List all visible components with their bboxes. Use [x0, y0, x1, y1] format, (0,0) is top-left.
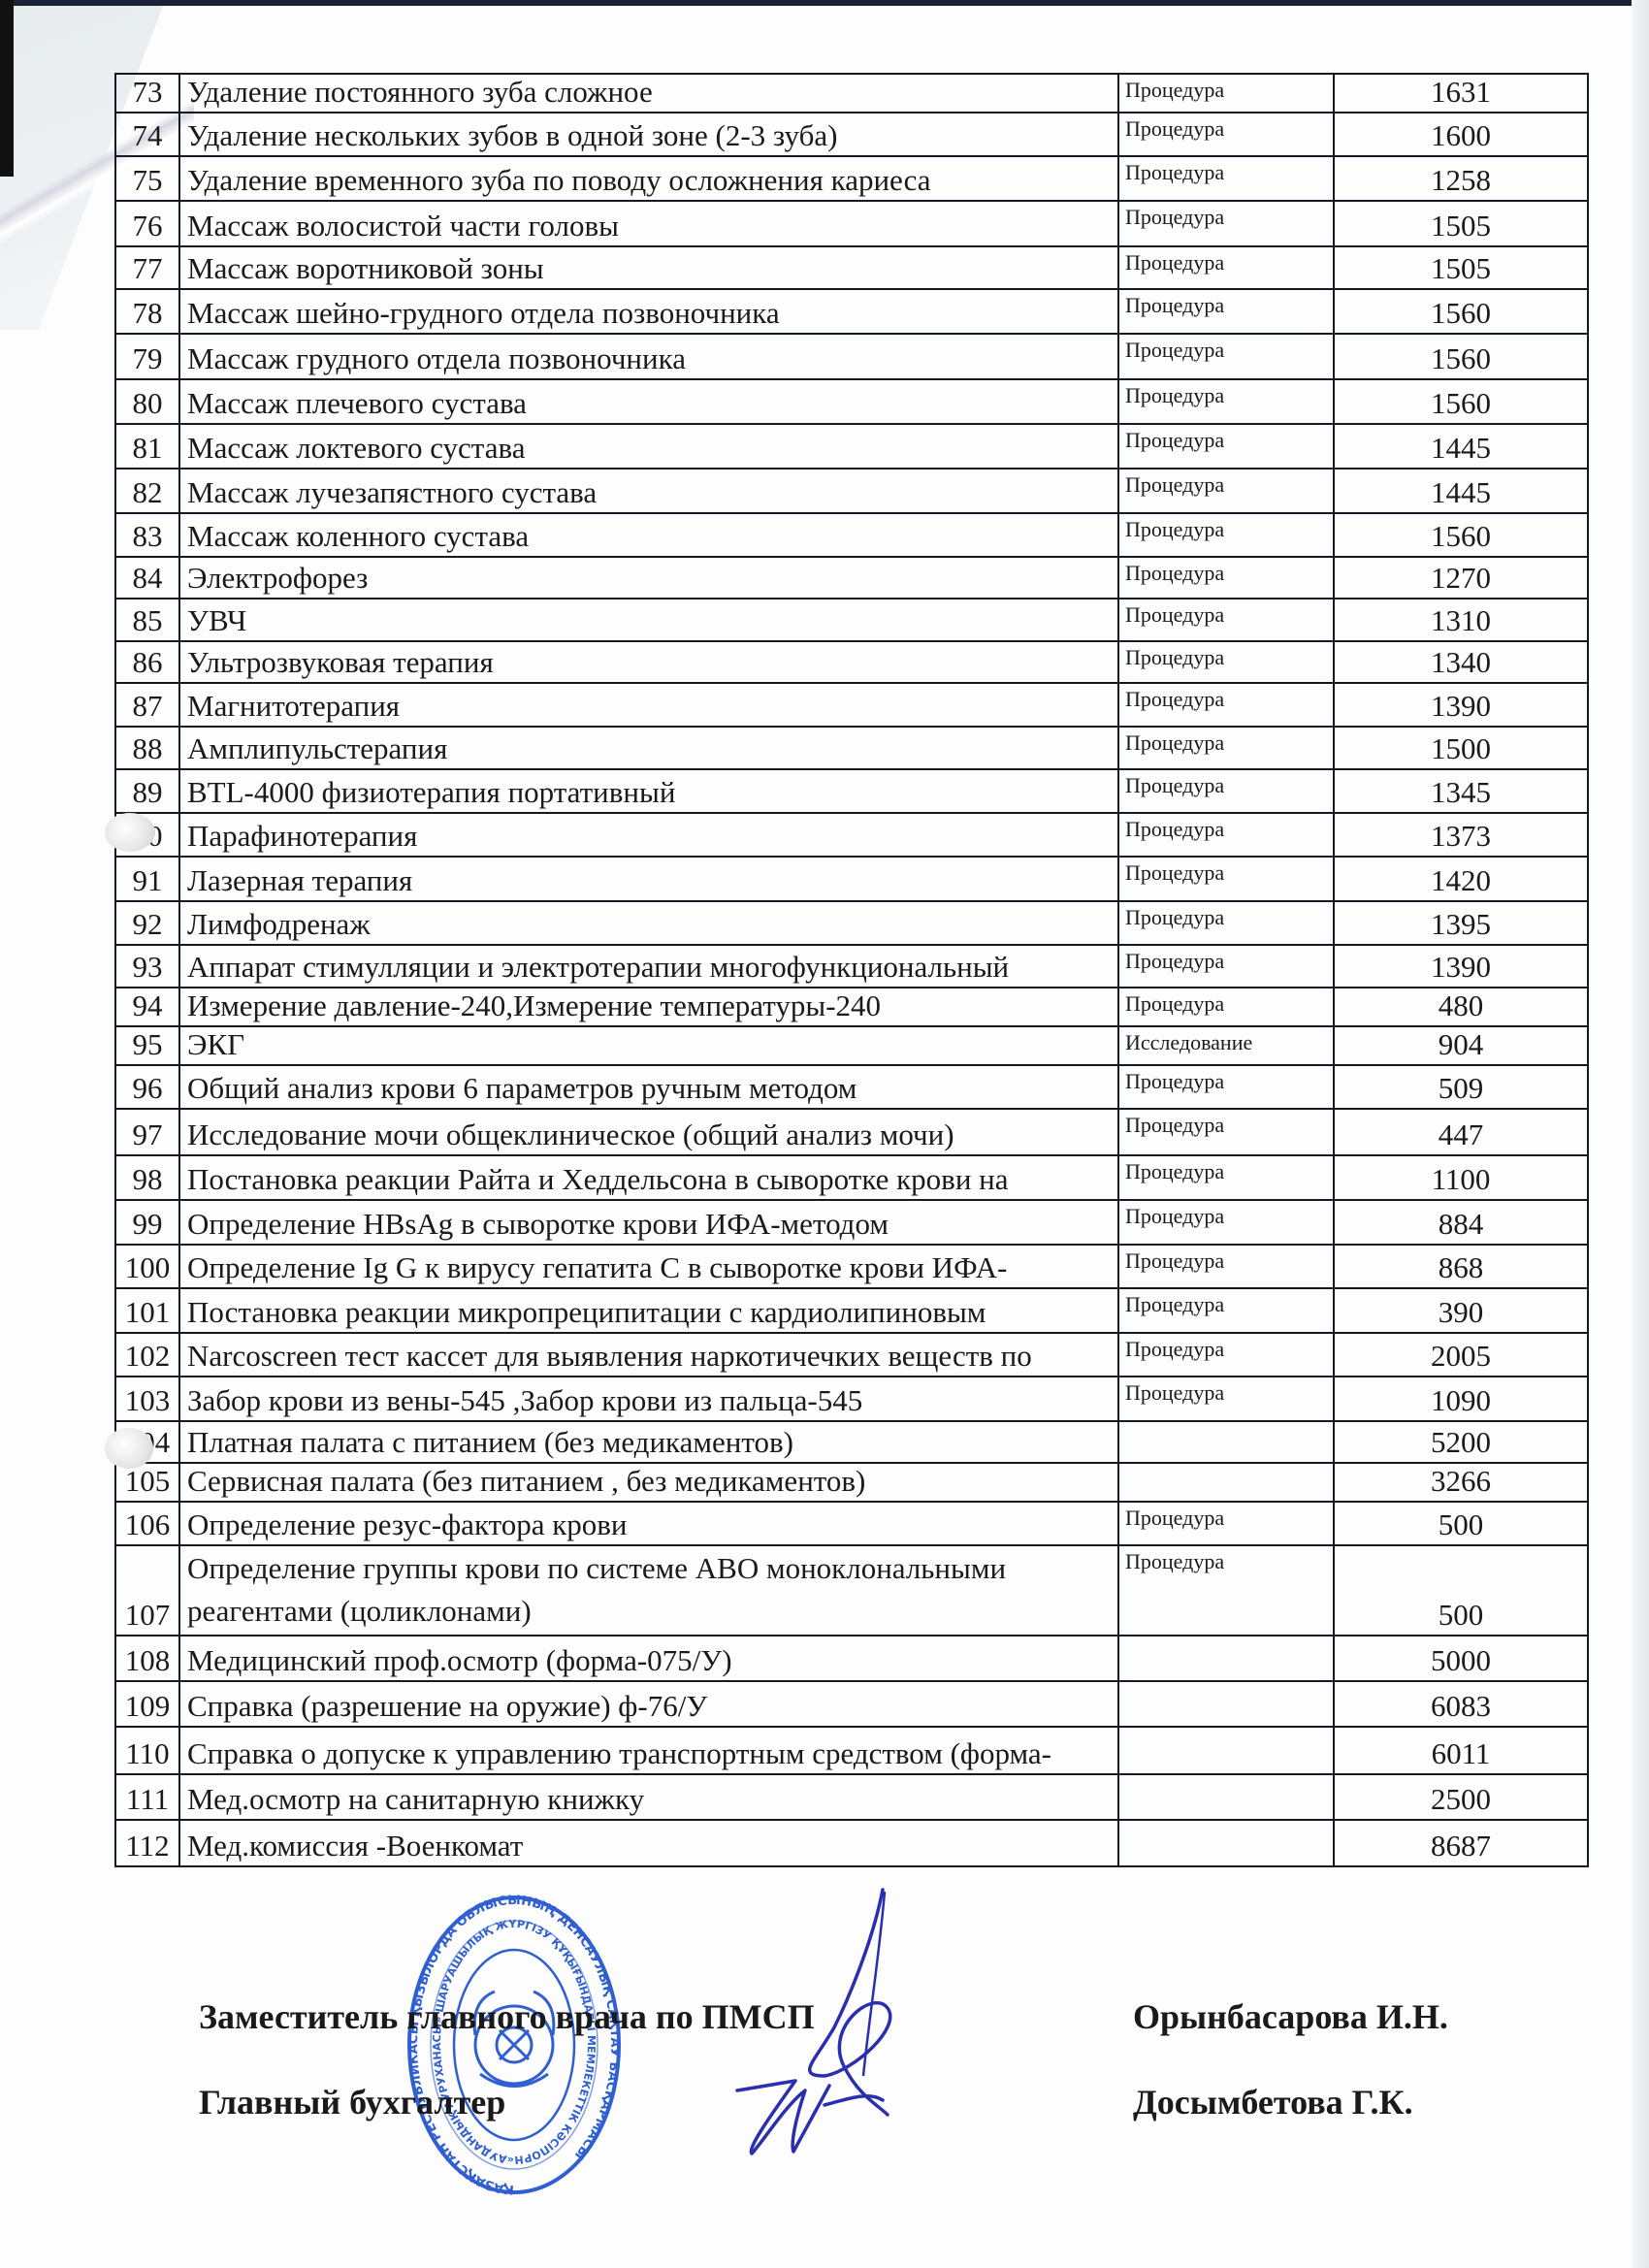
service-name: Определение группы крови по системе АВО … — [179, 1545, 1118, 1636]
service-price: 500 — [1334, 1502, 1588, 1545]
chief-accountant-name: Досымбетова Г.К. — [1133, 2082, 1413, 2122]
service-price: 1270 — [1334, 557, 1588, 599]
service-price: 1310 — [1334, 599, 1588, 641]
service-name: BTL-4000 физиотерапия портативный — [179, 769, 1118, 813]
table-row: 95ЭКГИсследование904 — [115, 1026, 1588, 1065]
service-name-line: Массаж шейно-грудного отдела позвоночник… — [187, 296, 780, 330]
service-price: 1390 — [1334, 945, 1588, 988]
service-price: 904 — [1334, 1026, 1588, 1065]
service-price: 390 — [1334, 1288, 1588, 1333]
table-row: 96Общий анализ крови 6 параметров ручным… — [115, 1065, 1588, 1109]
service-category: Процедура — [1118, 334, 1334, 379]
service-name-line: Массаж волосистой части головы — [187, 209, 619, 243]
service-price: 1090 — [1334, 1377, 1588, 1421]
service-category: Процедура — [1118, 469, 1334, 513]
row-number: 77 — [115, 246, 179, 289]
service-category: Процедура — [1118, 1109, 1334, 1155]
service-price: 3266 — [1334, 1463, 1588, 1502]
service-name: Массаж воротниковой зоны — [179, 246, 1118, 289]
service-name: Определение Ig G к вирусу гепатита С в с… — [179, 1245, 1118, 1288]
row-number: 80 — [115, 379, 179, 424]
service-price: 1505 — [1334, 246, 1588, 289]
service-name-line: Постановка реакции Райта и Хеддельсона в… — [187, 1162, 1009, 1196]
service-category: Исследование — [1118, 1026, 1334, 1065]
service-name-line: Ультрозвуковая терапия — [187, 645, 494, 679]
row-number: 94 — [115, 988, 179, 1026]
table-row: 78Массаж шейно-грудного отдела позвоночн… — [115, 289, 1588, 334]
service-name-line: BTL-4000 физиотерапия портативный — [187, 775, 675, 809]
service-name-line: Аппарат стимулляции и электротерапии мно… — [187, 950, 1009, 984]
row-number: 85 — [115, 599, 179, 641]
service-name: Массаж шейно-грудного отдела позвоночник… — [179, 289, 1118, 334]
row-number: 109 — [115, 1681, 179, 1727]
service-price: 2500 — [1334, 1774, 1588, 1820]
service-price: 500 — [1334, 1545, 1588, 1636]
service-category: Процедура — [1118, 641, 1334, 683]
row-number: 103 — [115, 1377, 179, 1421]
service-name-line: Определение резус-фактора крови — [187, 1507, 628, 1541]
service-name: УВЧ — [179, 599, 1118, 641]
table-row: 80Массаж плечевого суставаПроцедура1560 — [115, 379, 1588, 424]
service-category: Процедура — [1118, 1288, 1334, 1333]
table-row: 109Справка (разрешение на оружие) ф-76/У… — [115, 1681, 1588, 1727]
service-name: Сервисная палата (без питанием , без мед… — [179, 1463, 1118, 1502]
table-row: 81Массаж локтевого суставаПроцедура1445 — [115, 424, 1588, 469]
service-price: 1560 — [1334, 334, 1588, 379]
table-row: 97Исследование мочи общеклиническое (общ… — [115, 1109, 1588, 1155]
table-row: 105Сервисная палата (без питанием , без … — [115, 1463, 1588, 1502]
service-name-line: ЭКГ — [187, 1027, 244, 1061]
service-price: 1420 — [1334, 857, 1588, 901]
service-category: Процедура — [1118, 513, 1334, 557]
service-name: Лазерная терапия — [179, 857, 1118, 901]
service-name: Массаж плечевого сустава — [179, 379, 1118, 424]
service-name: Магнитотерапия — [179, 683, 1118, 727]
table-row: 92ЛимфодренажПроцедура1395 — [115, 901, 1588, 945]
row-number: 84 — [115, 557, 179, 599]
service-name-line: Массаж локтевого сустава — [187, 431, 525, 465]
service-name-line: Парафинотерапия — [187, 819, 417, 853]
service-name-line: Определение группы крови по системе АВО … — [187, 1547, 1117, 1590]
service-category: Процедура — [1118, 1155, 1334, 1200]
row-number: 82 — [115, 469, 179, 513]
table-row: 90ПарафинотерапияПроцедура1373 — [115, 813, 1588, 857]
deputy-chief-name: Орынбасарова И.Н. — [1133, 1996, 1448, 2037]
table-row: 98Постановка реакции Райта и Хеддельсона… — [115, 1155, 1588, 1200]
service-category: Процедура — [1118, 1545, 1334, 1636]
service-name-line: Электрофорез — [187, 561, 368, 595]
row-number: 92 — [115, 901, 179, 945]
service-name-line: Мед.осмотр на санитарную книжку — [187, 1782, 644, 1816]
table-row: 101Постановка реакции микропреципитации … — [115, 1288, 1588, 1333]
deputy-chief-title: Заместитель главного врача по ПМСП — [199, 1996, 815, 2037]
service-price: 6083 — [1334, 1681, 1588, 1727]
service-category — [1118, 1421, 1334, 1463]
service-price: 5000 — [1334, 1636, 1588, 1681]
service-name: Лимфодренаж — [179, 901, 1118, 945]
service-name: Массаж волосистой части головы — [179, 201, 1118, 246]
row-number: 88 — [115, 727, 179, 769]
table-row: 85УВЧПроцедура1310 — [115, 599, 1588, 641]
service-name-line: Справка (разрешение на оружие) ф-76/У — [187, 1689, 707, 1723]
service-price: 1100 — [1334, 1155, 1588, 1200]
service-category: Процедура — [1118, 727, 1334, 769]
service-category: Процедура — [1118, 1502, 1334, 1545]
official-stamp: ҚАЗАҚСТАН РЕСПУБЛИКАСЫ ҚЫЗЫЛОРДА ОБЛЫСЫН… — [403, 1890, 626, 2200]
row-number: 87 — [115, 683, 179, 727]
row-number: 93 — [115, 945, 179, 988]
service-name: Общий анализ крови 6 параметров ручным м… — [179, 1065, 1118, 1109]
service-price: 1560 — [1334, 513, 1588, 557]
service-name-line: Общий анализ крови 6 параметров ручным м… — [187, 1071, 857, 1105]
service-price: 884 — [1334, 1200, 1588, 1245]
service-price: 1395 — [1334, 901, 1588, 945]
service-category: Процедура — [1118, 1333, 1334, 1377]
service-name: Определение HBsAg в сыворотке крови ИФА-… — [179, 1200, 1118, 1245]
service-price: 509 — [1334, 1065, 1588, 1109]
scan-right-edge — [1632, 0, 1649, 2268]
service-price: 6011 — [1334, 1727, 1588, 1774]
row-number: 81 — [115, 424, 179, 469]
table-row: 103Забор крови из вены-545 ,Забор крови … — [115, 1377, 1588, 1421]
service-name: Мед.комиссия -Военкомат — [179, 1820, 1118, 1866]
service-name-line: Магнитотерапия — [187, 689, 400, 723]
service-category: Процедура — [1118, 156, 1334, 201]
service-name: Массаж грудного отдела позвоночника — [179, 334, 1118, 379]
service-price: 1445 — [1334, 469, 1588, 513]
service-name-line: реагентами (цоликлонами) — [187, 1590, 1117, 1633]
service-name-line: Удаление постоянного зуба сложное — [187, 75, 653, 109]
table-row: 77Массаж воротниковой зоныПроцедура1505 — [115, 246, 1588, 289]
service-category — [1118, 1774, 1334, 1820]
service-category: Процедура — [1118, 988, 1334, 1026]
service-name: Определение резус-фактора крови — [179, 1502, 1118, 1545]
service-price: 480 — [1334, 988, 1588, 1026]
service-category: Процедура — [1118, 557, 1334, 599]
service-category: Процедура — [1118, 1377, 1334, 1421]
service-name-line: Лазерная терапия — [187, 863, 412, 897]
service-name-line: Определение Ig G к вирусу гепатита С в с… — [187, 1250, 1007, 1284]
service-category: Процедура — [1118, 113, 1334, 156]
service-category: Процедура — [1118, 1200, 1334, 1245]
service-price: 1505 — [1334, 201, 1588, 246]
hole-punch-mark — [105, 1428, 153, 1469]
service-name-line: Исследование мочи общеклиническое (общий… — [187, 1118, 954, 1151]
service-category: Процедура — [1118, 813, 1334, 857]
service-name: Исследование мочи общеклиническое (общий… — [179, 1109, 1118, 1155]
service-category — [1118, 1820, 1334, 1866]
service-category — [1118, 1727, 1334, 1774]
table-row: 89BTL-4000 физиотерапия портативныйПроце… — [115, 769, 1588, 813]
table-row: 102Narcoscreen тест кассет для выявления… — [115, 1333, 1588, 1377]
price-list-body: 73Удаление постоянного зуба сложноеПроце… — [115, 74, 1588, 1866]
table-row: 100Определение Ig G к вирусу гепатита С … — [115, 1245, 1588, 1288]
service-name-line: Narcoscreen тест кассет для выявления на… — [187, 1339, 1032, 1373]
service-name-line: Медицинский проф.осмотр (форма-075/У) — [187, 1643, 732, 1677]
service-name-line: УВЧ — [187, 603, 246, 637]
table-row: 73Удаление постоянного зуба сложноеПроце… — [115, 74, 1588, 113]
table-row: 112Мед.комиссия -Военкомат8687 — [115, 1820, 1588, 1866]
service-name: Электрофорез — [179, 557, 1118, 599]
row-number: 99 — [115, 1200, 179, 1245]
service-name-line: Постановка реакции микропреципитации с к… — [187, 1295, 986, 1329]
table-row: 94Измерение давление-240,Измерение темпе… — [115, 988, 1588, 1026]
service-category: Процедура — [1118, 945, 1334, 988]
row-number: 101 — [115, 1288, 179, 1333]
row-number: 89 — [115, 769, 179, 813]
scan-left-edge — [0, 0, 14, 177]
service-name: Медицинский проф.осмотр (форма-075/У) — [179, 1636, 1118, 1681]
service-name: Ультрозвуковая терапия — [179, 641, 1118, 683]
service-price: 5200 — [1334, 1421, 1588, 1463]
scan-top-edge — [0, 0, 1649, 6]
price-list-table: 73Удаление постоянного зуба сложноеПроце… — [114, 73, 1589, 1867]
service-name: Удаление нескольких зубов в одной зоне (… — [179, 113, 1118, 156]
service-name-line: Справка о допуске к управлению транспорт… — [187, 1736, 1051, 1770]
row-number: 75 — [115, 156, 179, 201]
table-row: 75Удаление временного зуба по поводу осл… — [115, 156, 1588, 201]
table-row: 79Массаж грудного отдела позвоночникаПро… — [115, 334, 1588, 379]
row-number: 79 — [115, 334, 179, 379]
service-price: 1560 — [1334, 289, 1588, 334]
service-price: 2005 — [1334, 1333, 1588, 1377]
service-name-line: Мед.комиссия -Военкомат — [187, 1829, 523, 1863]
row-number: 74 — [115, 113, 179, 156]
service-price: 1345 — [1334, 769, 1588, 813]
service-category: Процедура — [1118, 201, 1334, 246]
service-name-line: Массаж грудного отдела позвоночника — [187, 341, 686, 375]
row-number: 108 — [115, 1636, 179, 1681]
service-name-line: Массаж плечевого сустава — [187, 386, 527, 420]
row-number: 98 — [115, 1155, 179, 1200]
row-number: 95 — [115, 1026, 179, 1065]
service-name-line: Сервисная палата (без питанием , без мед… — [187, 1464, 865, 1498]
service-price: 1560 — [1334, 379, 1588, 424]
table-row: 76Массаж волосистой части головыПроцедур… — [115, 201, 1588, 246]
table-row: 106Определение резус-фактора кровиПроцед… — [115, 1502, 1588, 1545]
service-price: 1390 — [1334, 683, 1588, 727]
service-name: Парафинотерапия — [179, 813, 1118, 857]
service-category: Процедура — [1118, 769, 1334, 813]
row-number: 100 — [115, 1245, 179, 1288]
table-row: 86Ультрозвуковая терапияПроцедура1340 — [115, 641, 1588, 683]
service-category: Процедура — [1118, 246, 1334, 289]
service-name: Постановка реакции Райта и Хеддельсона в… — [179, 1155, 1118, 1200]
service-name-line: Массаж коленного сустава — [187, 519, 529, 553]
service-name: Narcoscreen тест кассет для выявления на… — [179, 1333, 1118, 1377]
service-name: Забор крови из вены-545 ,Забор крови из … — [179, 1377, 1118, 1421]
service-category: Процедура — [1118, 1245, 1334, 1288]
row-number: 110 — [115, 1727, 179, 1774]
row-number: 105 — [115, 1463, 179, 1502]
row-number: 96 — [115, 1065, 179, 1109]
service-name: Удаление временного зуба по поводу ослож… — [179, 156, 1118, 201]
service-name-line: Определение HBsAg в сыворотке крови ИФА-… — [187, 1207, 889, 1241]
table-row: 82Массаж лучезапястного суставаПроцедура… — [115, 469, 1588, 513]
row-number: 106 — [115, 1502, 179, 1545]
service-name: ЭКГ — [179, 1026, 1118, 1065]
row-number: 73 — [115, 74, 179, 113]
row-number: 76 — [115, 201, 179, 246]
service-name: Аппарат стимулляции и электротерапии мно… — [179, 945, 1118, 988]
service-name: Массаж локтевого сустава — [179, 424, 1118, 469]
table-row: 104Платная палата с питанием (без медика… — [115, 1421, 1588, 1463]
service-category — [1118, 1636, 1334, 1681]
service-price: 1373 — [1334, 813, 1588, 857]
service-price: 1600 — [1334, 113, 1588, 156]
table-row: 111Мед.осмотр на санитарную книжку2500 — [115, 1774, 1588, 1820]
service-category: Процедура — [1118, 857, 1334, 901]
table-row: 84ЭлектрофорезПроцедура1270 — [115, 557, 1588, 599]
service-price: 1500 — [1334, 727, 1588, 769]
service-price: 1340 — [1334, 641, 1588, 683]
service-price: 447 — [1334, 1109, 1588, 1155]
service-category: Процедура — [1118, 379, 1334, 424]
service-name-line: Лимфодренаж — [187, 907, 371, 941]
service-name: Справка (разрешение на оружие) ф-76/У — [179, 1681, 1118, 1727]
service-name: Удаление постоянного зуба сложное — [179, 74, 1118, 113]
service-category: Процедура — [1118, 1065, 1334, 1109]
service-name: Массаж коленного сустава — [179, 513, 1118, 557]
service-name: Справка о допуске к управлению транспорт… — [179, 1727, 1118, 1774]
service-price: 8687 — [1334, 1820, 1588, 1866]
service-name-line: Платная палата с питанием (без медикамен… — [187, 1425, 793, 1459]
row-number: 102 — [115, 1333, 179, 1377]
table-row: 99Определение HBsAg в сыворотке крови ИФ… — [115, 1200, 1588, 1245]
service-category: Процедура — [1118, 901, 1334, 945]
table-row: 88АмплипульстерапияПроцедура1500 — [115, 727, 1588, 769]
table-row: 110Справка о допуске к управлению трансп… — [115, 1727, 1588, 1774]
chief-accountant-title: Главный бухгалтер — [199, 2082, 505, 2122]
table-row: 107Определение группы крови по системе А… — [115, 1545, 1588, 1636]
row-number: 83 — [115, 513, 179, 557]
table-row: 93Аппарат стимулляции и электротерапии м… — [115, 945, 1588, 988]
service-name-line: Массаж лучезапястного сустава — [187, 475, 597, 509]
row-number: 107 — [115, 1545, 179, 1636]
service-category: Процедура — [1118, 74, 1334, 113]
row-number: 97 — [115, 1109, 179, 1155]
service-category: Процедура — [1118, 289, 1334, 334]
table-row: 108Медицинский проф.осмотр (форма-075/У)… — [115, 1636, 1588, 1681]
hole-punch-mark — [105, 813, 155, 852]
service-name: Массаж лучезапястного сустава — [179, 469, 1118, 513]
service-name-line: Амплипульстерапия — [187, 731, 447, 765]
service-category — [1118, 1681, 1334, 1727]
service-name-line: Удаление нескольких зубов в одной зоне (… — [187, 118, 837, 152]
service-name: Измерение давление-240,Измерение темпера… — [179, 988, 1118, 1026]
service-name: Амплипульстерапия — [179, 727, 1118, 769]
service-price: 1258 — [1334, 156, 1588, 201]
table-row: 74Удаление нескольких зубов в одной зоне… — [115, 113, 1588, 156]
service-price: 868 — [1334, 1245, 1588, 1288]
row-number: 111 — [115, 1774, 179, 1820]
service-name-line: Измерение давление-240,Измерение темпера… — [187, 988, 881, 1022]
service-category: Процедура — [1118, 683, 1334, 727]
service-name: Мед.осмотр на санитарную книжку — [179, 1774, 1118, 1820]
service-category — [1118, 1463, 1334, 1502]
service-category: Процедура — [1118, 599, 1334, 641]
row-number: 112 — [115, 1820, 179, 1866]
service-category: Процедура — [1118, 424, 1334, 469]
service-name: Платная палата с питанием (без медикамен… — [179, 1421, 1118, 1463]
row-number: 86 — [115, 641, 179, 683]
row-number: 78 — [115, 289, 179, 334]
service-name-line: Удаление временного зуба по поводу ослож… — [187, 163, 930, 197]
table-row: 91Лазерная терапияПроцедура1420 — [115, 857, 1588, 901]
table-row: 83Массаж коленного суставаПроцедура1560 — [115, 513, 1588, 557]
service-name: Постановка реакции микропреципитации с к… — [179, 1288, 1118, 1333]
service-price: 1445 — [1334, 424, 1588, 469]
row-number: 91 — [115, 857, 179, 901]
table-row: 87МагнитотерапияПроцедура1390 — [115, 683, 1588, 727]
service-price: 1631 — [1334, 74, 1588, 113]
service-name-line: Забор крови из вены-545 ,Забор крови из … — [187, 1383, 862, 1417]
service-name-line: Массаж воротниковой зоны — [187, 251, 544, 285]
